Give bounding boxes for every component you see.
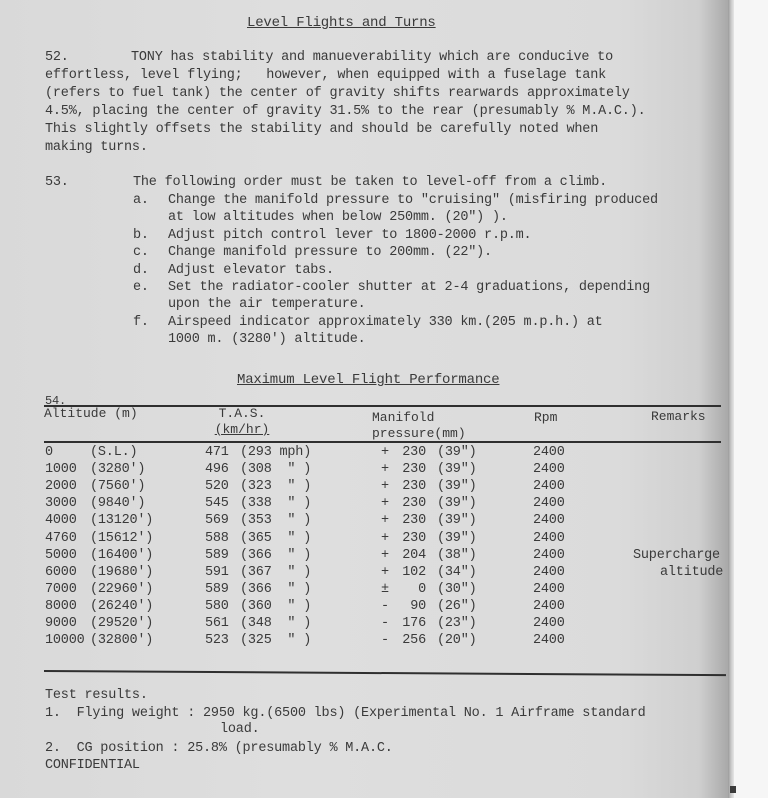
paragraph-line: TONY has stability and manueverability w…	[131, 50, 613, 66]
cell-mp-in: (39")	[437, 530, 477, 548]
cell-alt-ft: (29520')	[90, 615, 153, 633]
cell-rpm: 2400	[533, 512, 565, 530]
header-remarks: Remarks	[651, 409, 706, 425]
cell-alt-ft: (26240')	[90, 598, 153, 616]
step-letter: e.	[133, 280, 149, 296]
cell-tas-kmh: 580	[205, 598, 229, 616]
cell-tas-kmh: 588	[205, 530, 229, 548]
background-margin	[734, 0, 768, 798]
cell-tas-mph: (325 " )	[240, 632, 311, 650]
cell-sign: +	[381, 444, 389, 462]
cell-sign: -	[381, 615, 389, 633]
table-top-rule	[44, 405, 721, 407]
cell-mp-in: (23")	[437, 615, 477, 633]
cell-tas-mph: (348 " )	[240, 615, 311, 633]
cell-alt-m: 2000	[45, 478, 77, 496]
step-text: Adjust pitch control lever to 1800-2000 …	[168, 228, 531, 244]
cell-alt-m: 0	[45, 444, 53, 462]
step-text: Change the manifold pressure to "cruisin…	[168, 193, 658, 209]
cell-alt-ft: (13120')	[90, 512, 153, 530]
test-result-item-cont: load.	[220, 722, 260, 738]
classification-footer: CONFIDENTIAL	[45, 758, 140, 774]
header-rpm: Rpm	[534, 410, 557, 426]
cell-mp-mm: 176	[390, 615, 426, 633]
cell-tas-kmh: 569	[205, 512, 229, 530]
test-result-item: 1. Flying weight : 2950 kg.(6500 lbs) (E…	[45, 706, 646, 722]
header-tas-unit: (km/hr)	[202, 422, 282, 438]
cell-rpm: 2400	[533, 615, 565, 633]
cell-sign: +	[381, 530, 389, 548]
cell-alt-ft: (32800')	[90, 632, 153, 650]
cell-mp-mm: 90	[390, 598, 426, 616]
cell-rpm: 2400	[533, 564, 565, 582]
paragraph-line: making turns.	[45, 140, 148, 156]
step-letter: a.	[133, 193, 149, 209]
cell-rpm: 2400	[533, 495, 565, 513]
cell-alt-m: 1000	[45, 461, 77, 479]
cell-alt-m: 9000	[45, 615, 77, 633]
cell-mp-in: (39")	[437, 461, 477, 479]
cell-mp-in: (38")	[437, 547, 477, 565]
paragraph-number: 52.	[45, 50, 69, 66]
cell-tas-kmh: 520	[205, 478, 229, 496]
cell-tas-mph: (365 " )	[240, 530, 311, 548]
cell-sign: +	[381, 547, 389, 565]
step-text: at low altitudes when below 250mm. (20")…	[168, 210, 508, 226]
cell-mp-in: (26")	[437, 598, 477, 616]
cell-alt-ft: (9840')	[90, 495, 145, 513]
cell-mp-mm: 230	[390, 512, 426, 530]
header-manifold-unit: pressure(mm)	[372, 426, 466, 442]
cell-mp-mm: 230	[390, 461, 426, 479]
cell-mp-in: (20")	[437, 632, 477, 650]
cell-mp-mm: 230	[390, 495, 426, 513]
cell-rpm: 2400	[533, 530, 565, 548]
cell-mp-in: (39")	[437, 444, 477, 462]
cell-alt-ft: (15612')	[90, 530, 153, 548]
cell-mp-mm: 102	[390, 564, 426, 582]
step-text: Adjust elevator tabs.	[168, 263, 334, 279]
paragraph-line: 4.5%, placing the center of gravity 31.5…	[45, 104, 646, 120]
cell-mp-in: (39")	[437, 512, 477, 530]
cell-tas-kmh: 545	[205, 495, 229, 513]
paragraph-number: 53.	[45, 175, 69, 191]
cell-alt-ft: (19680')	[90, 564, 153, 582]
cell-mp-in: (39")	[437, 495, 477, 513]
cell-sign: ±	[381, 581, 389, 599]
cell-tas-kmh: 523	[205, 632, 229, 650]
cell-tas-kmh: 471	[205, 444, 229, 462]
paragraph-line: effortless, level flying; however, when …	[45, 68, 606, 84]
cell-rpm: 2400	[533, 581, 565, 599]
cell-alt-ft: (22960')	[90, 581, 153, 599]
cell-remarks: altitude	[660, 564, 723, 582]
cell-rpm: 2400	[533, 444, 565, 462]
step-text: upon the air temperature.	[168, 297, 366, 313]
cell-alt-m: 4000	[45, 512, 77, 530]
cell-mp-in: (30")	[437, 581, 477, 599]
cell-sign: +	[381, 478, 389, 496]
paragraph-intro: The following order must be taken to lev…	[133, 175, 607, 191]
cell-alt-m: 6000	[45, 564, 77, 582]
step-text: Set the radiator-cooler shutter at 2-4 g…	[168, 280, 650, 296]
cell-mp-mm: 0	[390, 581, 426, 599]
cell-tas-kmh: 591	[205, 564, 229, 582]
cell-mp-mm: 256	[390, 632, 426, 650]
step-text: Airspeed indicator approximately 330 km.…	[168, 315, 603, 331]
cell-rpm: 2400	[533, 632, 565, 650]
test-results-heading: Test results.	[45, 688, 148, 704]
cell-alt-ft: (7560')	[90, 478, 145, 496]
cell-tas-mph: (366 " )	[240, 547, 311, 565]
cell-sign: -	[381, 598, 389, 616]
cell-alt-m: 10000	[45, 632, 85, 650]
header-tas: T.A.S.	[212, 406, 272, 422]
cell-tas-mph: (366 " )	[240, 581, 311, 599]
cell-alt-m: 7000	[45, 581, 77, 599]
cell-tas-mph: (323 " )	[240, 478, 311, 496]
cell-rpm: 2400	[533, 478, 565, 496]
cell-mp-mm: 230	[390, 444, 426, 462]
step-letter: f.	[133, 315, 149, 331]
cell-tas-kmh: 496	[205, 461, 229, 479]
cell-tas-kmh: 561	[205, 615, 229, 633]
step-letter: c.	[133, 245, 149, 261]
step-text: 1000 m. (3280') altitude.	[168, 332, 366, 348]
step-letter: d.	[133, 263, 149, 279]
cell-sign: +	[381, 461, 389, 479]
table-title: Maximum Level Flight Performance	[237, 372, 499, 388]
cell-sign: -	[381, 632, 389, 650]
section-title: Level Flights and Turns	[247, 15, 436, 31]
cell-alt-ft: (S.L.)	[90, 444, 137, 462]
table-header-rule	[44, 441, 721, 443]
header-altitude: Altitude (m)	[44, 406, 138, 422]
cell-tas-mph: (360 " )	[240, 598, 311, 616]
cell-remarks: Supercharge	[633, 547, 720, 565]
cell-rpm: 2400	[533, 461, 565, 479]
cell-tas-mph: (338 " )	[240, 495, 311, 513]
step-text: Change manifold pressure to 200mm. (22")…	[168, 245, 492, 261]
cell-tas-mph: (308 " )	[240, 461, 311, 479]
cell-mp-mm: 204	[390, 547, 426, 565]
cell-tas-mph: (367 " )	[240, 564, 311, 582]
cell-alt-m: 3000	[45, 495, 77, 513]
paragraph-line: This slightly offsets the stability and …	[45, 122, 598, 138]
cell-mp-mm: 230	[390, 478, 426, 496]
cell-alt-ft: (16400')	[90, 547, 153, 565]
cell-alt-m: 5000	[45, 547, 77, 565]
cell-sign: +	[381, 564, 389, 582]
cell-mp-mm: 230	[390, 530, 426, 548]
cell-tas-kmh: 589	[205, 581, 229, 599]
cell-rpm: 2400	[533, 547, 565, 565]
cell-sign: +	[381, 495, 389, 513]
cell-alt-ft: (3280')	[90, 461, 145, 479]
test-result-item: 2. CG position : 25.8% (presumably % M.A…	[45, 741, 393, 757]
cell-alt-m: 8000	[45, 598, 77, 616]
scan-corner-mark	[730, 786, 736, 793]
cell-mp-in: (34")	[437, 564, 477, 582]
cell-alt-m: 4760	[45, 530, 77, 548]
step-letter: b.	[133, 228, 149, 244]
header-manifold: Manifold	[372, 410, 434, 426]
cell-tas-mph: (353 " )	[240, 512, 311, 530]
cell-tas-kmh: 589	[205, 547, 229, 565]
cell-mp-in: (39")	[437, 478, 477, 496]
cell-sign: +	[381, 512, 389, 530]
cell-tas-mph: (293 mph)	[240, 444, 311, 462]
paragraph-line: (refers to fuel tank) the center of grav…	[45, 86, 630, 102]
cell-rpm: 2400	[533, 598, 565, 616]
